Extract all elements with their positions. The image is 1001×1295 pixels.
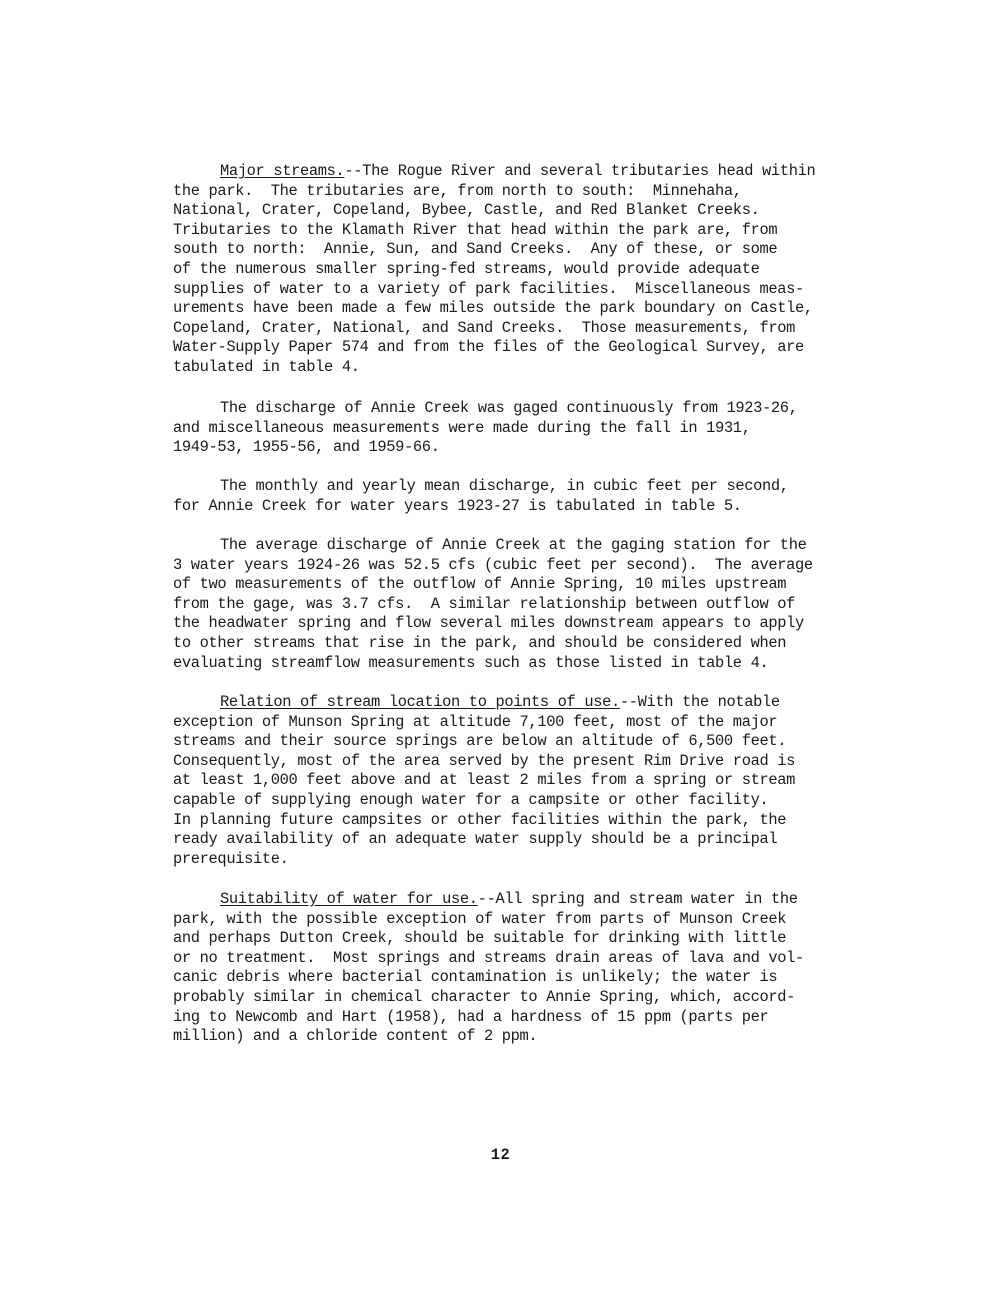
text-line: exception of Munson Spring at altitude 7… xyxy=(173,713,883,733)
text-line: million) and a chloride content of 2 ppm… xyxy=(173,1027,883,1047)
text-line: Tributaries to the Klamath River that he… xyxy=(173,221,883,241)
text-line: supplies of water to a variety of park f… xyxy=(173,280,883,300)
text-line: prerequisite. xyxy=(173,850,883,870)
section-heading-major-streams: Major streams. xyxy=(220,162,344,180)
text-line: Water-Supply Paper 574 and from the file… xyxy=(173,338,883,358)
text-line: for Annie Creek for water years 1923-27 … xyxy=(173,497,883,517)
text-line: urements have been made a few miles outs… xyxy=(173,299,883,319)
text-line: or no treatment. Most springs and stream… xyxy=(173,949,883,969)
paragraph-stream-location: Relation of stream location to points of… xyxy=(173,693,883,869)
text-line: The discharge of Annie Creek was gaged c… xyxy=(173,399,883,419)
text-line: the park. The tributaries are, from nort… xyxy=(173,182,883,202)
paragraph-average-discharge: The average discharge of Annie Creek at … xyxy=(173,536,883,673)
paragraph-mean-discharge: The monthly and yearly mean discharge, i… xyxy=(173,477,883,516)
text-line: at least 1,000 feet above and at least 2… xyxy=(173,771,883,791)
text-line: of two measurements of the outflow of An… xyxy=(173,575,883,595)
text-line: the headwater spring and flow several mi… xyxy=(173,614,883,634)
text-line: The average discharge of Annie Creek at … xyxy=(173,536,883,556)
text-line: of the numerous smaller spring-fed strea… xyxy=(173,260,883,280)
text-line: to other streams that rise in the park, … xyxy=(173,634,883,654)
text-line: from the gage, was 3.7 cfs. A similar re… xyxy=(173,595,883,615)
paragraph-first-line: Suitability of water for use.--All sprin… xyxy=(173,890,883,910)
text-line: The monthly and yearly mean discharge, i… xyxy=(173,477,883,497)
section-heading-water-suitability: Suitability of water for use. xyxy=(220,890,478,908)
text-line: ing to Newcomb and Hart (1958), had a ha… xyxy=(173,1008,883,1028)
paragraph-first-line: Major streams.--The Rogue River and seve… xyxy=(173,162,883,182)
text-line: 3 water years 1924-26 was 52.5 cfs (cubi… xyxy=(173,556,883,576)
paragraph-major-streams: Major streams.--The Rogue River and seve… xyxy=(173,162,883,378)
text-line: and miscellaneous measurements were made… xyxy=(173,419,883,439)
text-line: Consequently, most of the area served by… xyxy=(173,752,883,772)
page-number: 12 xyxy=(0,1146,1001,1164)
text-line: --With the notable xyxy=(620,693,780,711)
text-line: tabulated in table 4. xyxy=(173,358,883,378)
document-page: Major streams.--The Rogue River and seve… xyxy=(0,0,1001,1295)
paragraph-annie-creek-gaging: The discharge of Annie Creek was gaged c… xyxy=(173,399,883,458)
text-line: south to north: Annie, Sun, and Sand Cre… xyxy=(173,240,883,260)
section-heading-stream-location: Relation of stream location to points of… xyxy=(220,693,620,711)
text-line: and perhaps Dutton Creek, should be suit… xyxy=(173,929,883,949)
text-line: capable of supplying enough water for a … xyxy=(173,791,883,811)
paragraph-first-line: Relation of stream location to points of… xyxy=(173,693,883,713)
text-line: Copeland, Crater, National, and Sand Cre… xyxy=(173,319,883,339)
text-line: ready availability of an adequate water … xyxy=(173,830,883,850)
text-line: evaluating streamflow measurements such … xyxy=(173,654,883,674)
text-line: streams and their source springs are bel… xyxy=(173,732,883,752)
text-line: In planning future campsites or other fa… xyxy=(173,811,883,831)
text-line: park, with the possible exception of wat… xyxy=(173,910,883,930)
text-line: --All spring and stream water in the xyxy=(478,890,798,908)
text-line: 1949-53, 1955-56, and 1959-66. xyxy=(173,438,883,458)
text-line: --The Rogue River and several tributarie… xyxy=(344,162,815,180)
text-line: probably similar in chemical character t… xyxy=(173,988,883,1008)
text-line: canic debris where bacterial contaminati… xyxy=(173,968,883,988)
paragraph-water-suitability: Suitability of water for use.--All sprin… xyxy=(173,890,883,1047)
text-line: National, Crater, Copeland, Bybee, Castl… xyxy=(173,201,883,221)
